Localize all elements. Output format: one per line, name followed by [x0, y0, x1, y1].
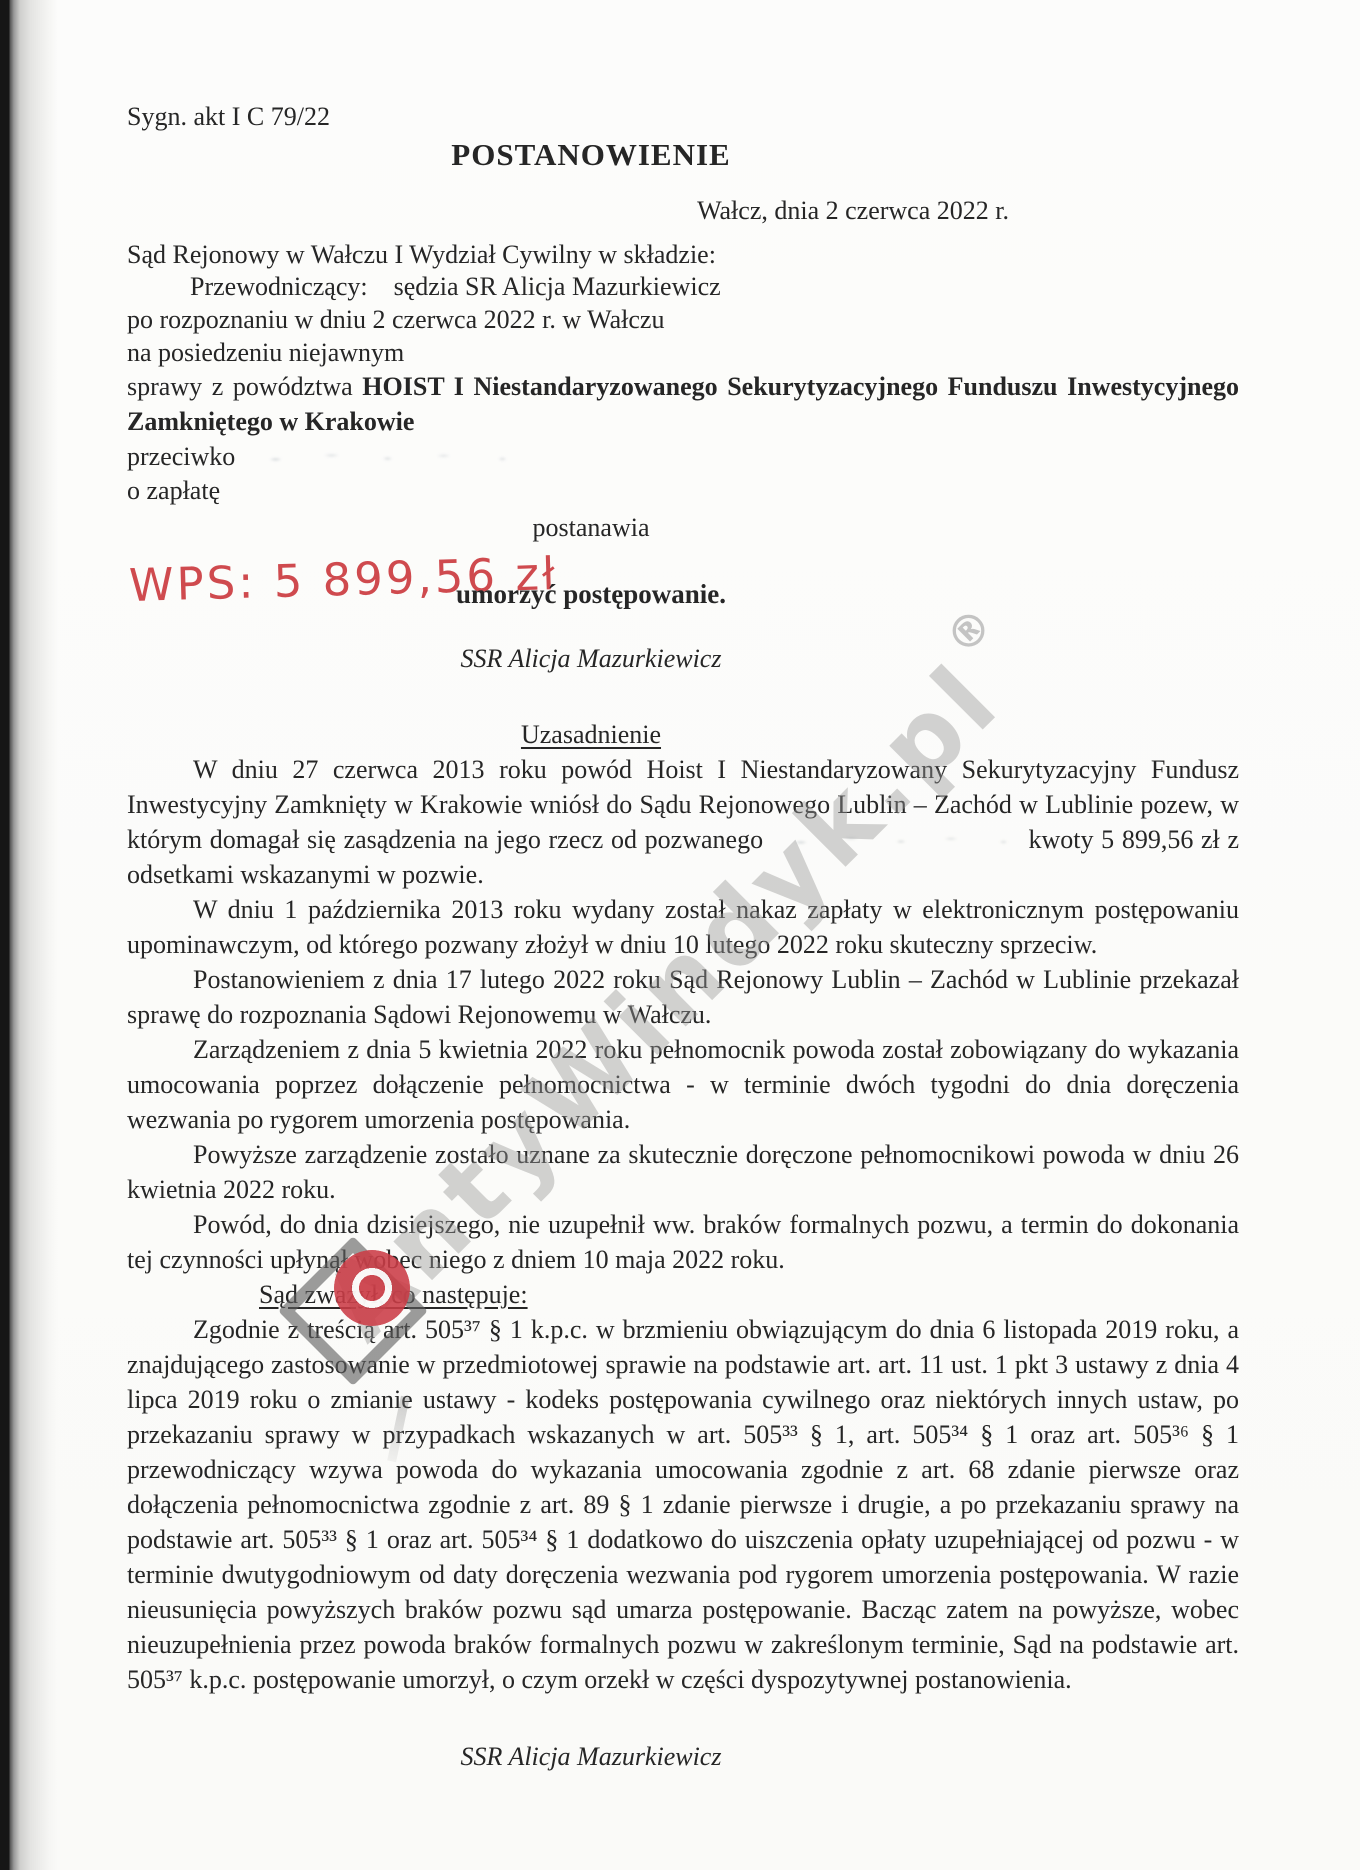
paragraph-7: Zgodnie z treścią art. 505³⁷ § 1 k.p.c. … — [127, 1312, 1239, 1697]
justification-heading-text: Uzasadnienie — [521, 720, 661, 749]
place-and-date: Wałcz, dnia 2 czerwca 2022 r. — [127, 194, 1239, 227]
presiding-judge-line: Przewodniczący:sędzia SR Alicja Mazurkie… — [190, 270, 721, 303]
subject-line: o zapłatę — [127, 474, 220, 507]
case-line-prefix: sprawy z powództwa — [127, 372, 362, 401]
justification-body: W dniu 27 czerwca 2013 roku powód Hoist … — [127, 752, 1239, 1697]
redacted-defendant-name — [771, 832, 1021, 848]
court-composition-line: Sąd Rejonowy w Wałczu I Wydział Cywilny … — [127, 238, 716, 271]
paragraph-5: Powyższe zarządzenie zostało uznane za s… — [127, 1137, 1239, 1207]
paragraph-2: W dniu 1 października 2013 roku wydany z… — [127, 892, 1239, 962]
considerations-heading-text: Sąd zważył, co następuje: — [259, 1280, 528, 1309]
paragraph-3: Postanowieniem z dnia 17 lutego 2022 rok… — [127, 962, 1239, 1032]
justification-heading: Uzasadnienie — [127, 718, 1055, 751]
decides-word: postanawia — [127, 511, 1055, 544]
presiding-label: Przewodniczący: — [190, 272, 368, 301]
document-title: POSTANOWIENIE — [127, 138, 1055, 171]
redacted-defendant-name — [242, 449, 522, 465]
scan-edge-shadow — [0, 0, 58, 1870]
against-line: przeciwko — [127, 440, 522, 473]
considerations-heading: Sąd zważył, co następuje: — [127, 1277, 1239, 1312]
paragraph-1: W dniu 27 czerwca 2013 roku powód Hoist … — [127, 752, 1239, 892]
against-word: przeciwko — [127, 442, 235, 471]
closing-judge-signature: SSR Alicja Mazurkiewicz — [127, 1740, 1055, 1773]
ruling-row: WPS: 5 899,56 zł umorzyć postępowanie. — [127, 548, 1239, 648]
session-line: na posiedzeniu niejawnym — [127, 336, 404, 369]
paragraph-6: Powód, do dnia dzisiejszego, nie uzupełn… — [127, 1207, 1239, 1277]
paragraph-4: Zarządzeniem z dnia 5 kwietnia 2022 roku… — [127, 1032, 1239, 1137]
case-number: Sygn. akt I C 79/22 — [127, 100, 330, 133]
hearing-line: po rozpoznaniu w dniu 2 czerwca 2022 r. … — [127, 303, 664, 336]
ruling-decision: umorzyć postępowanie. — [127, 578, 1055, 611]
case-description-block: sprawy z powództwa HOIST I Niestandaryzo… — [127, 369, 1239, 439]
presiding-judge-name: sędzia SR Alicja Mazurkiewicz — [394, 272, 721, 301]
judge-signature: SSR Alicja Mazurkiewicz — [127, 642, 1055, 675]
scanned-court-order-page: Sygn. akt I C 79/22 POSTANOWIENIE Wałcz,… — [0, 0, 1360, 1870]
